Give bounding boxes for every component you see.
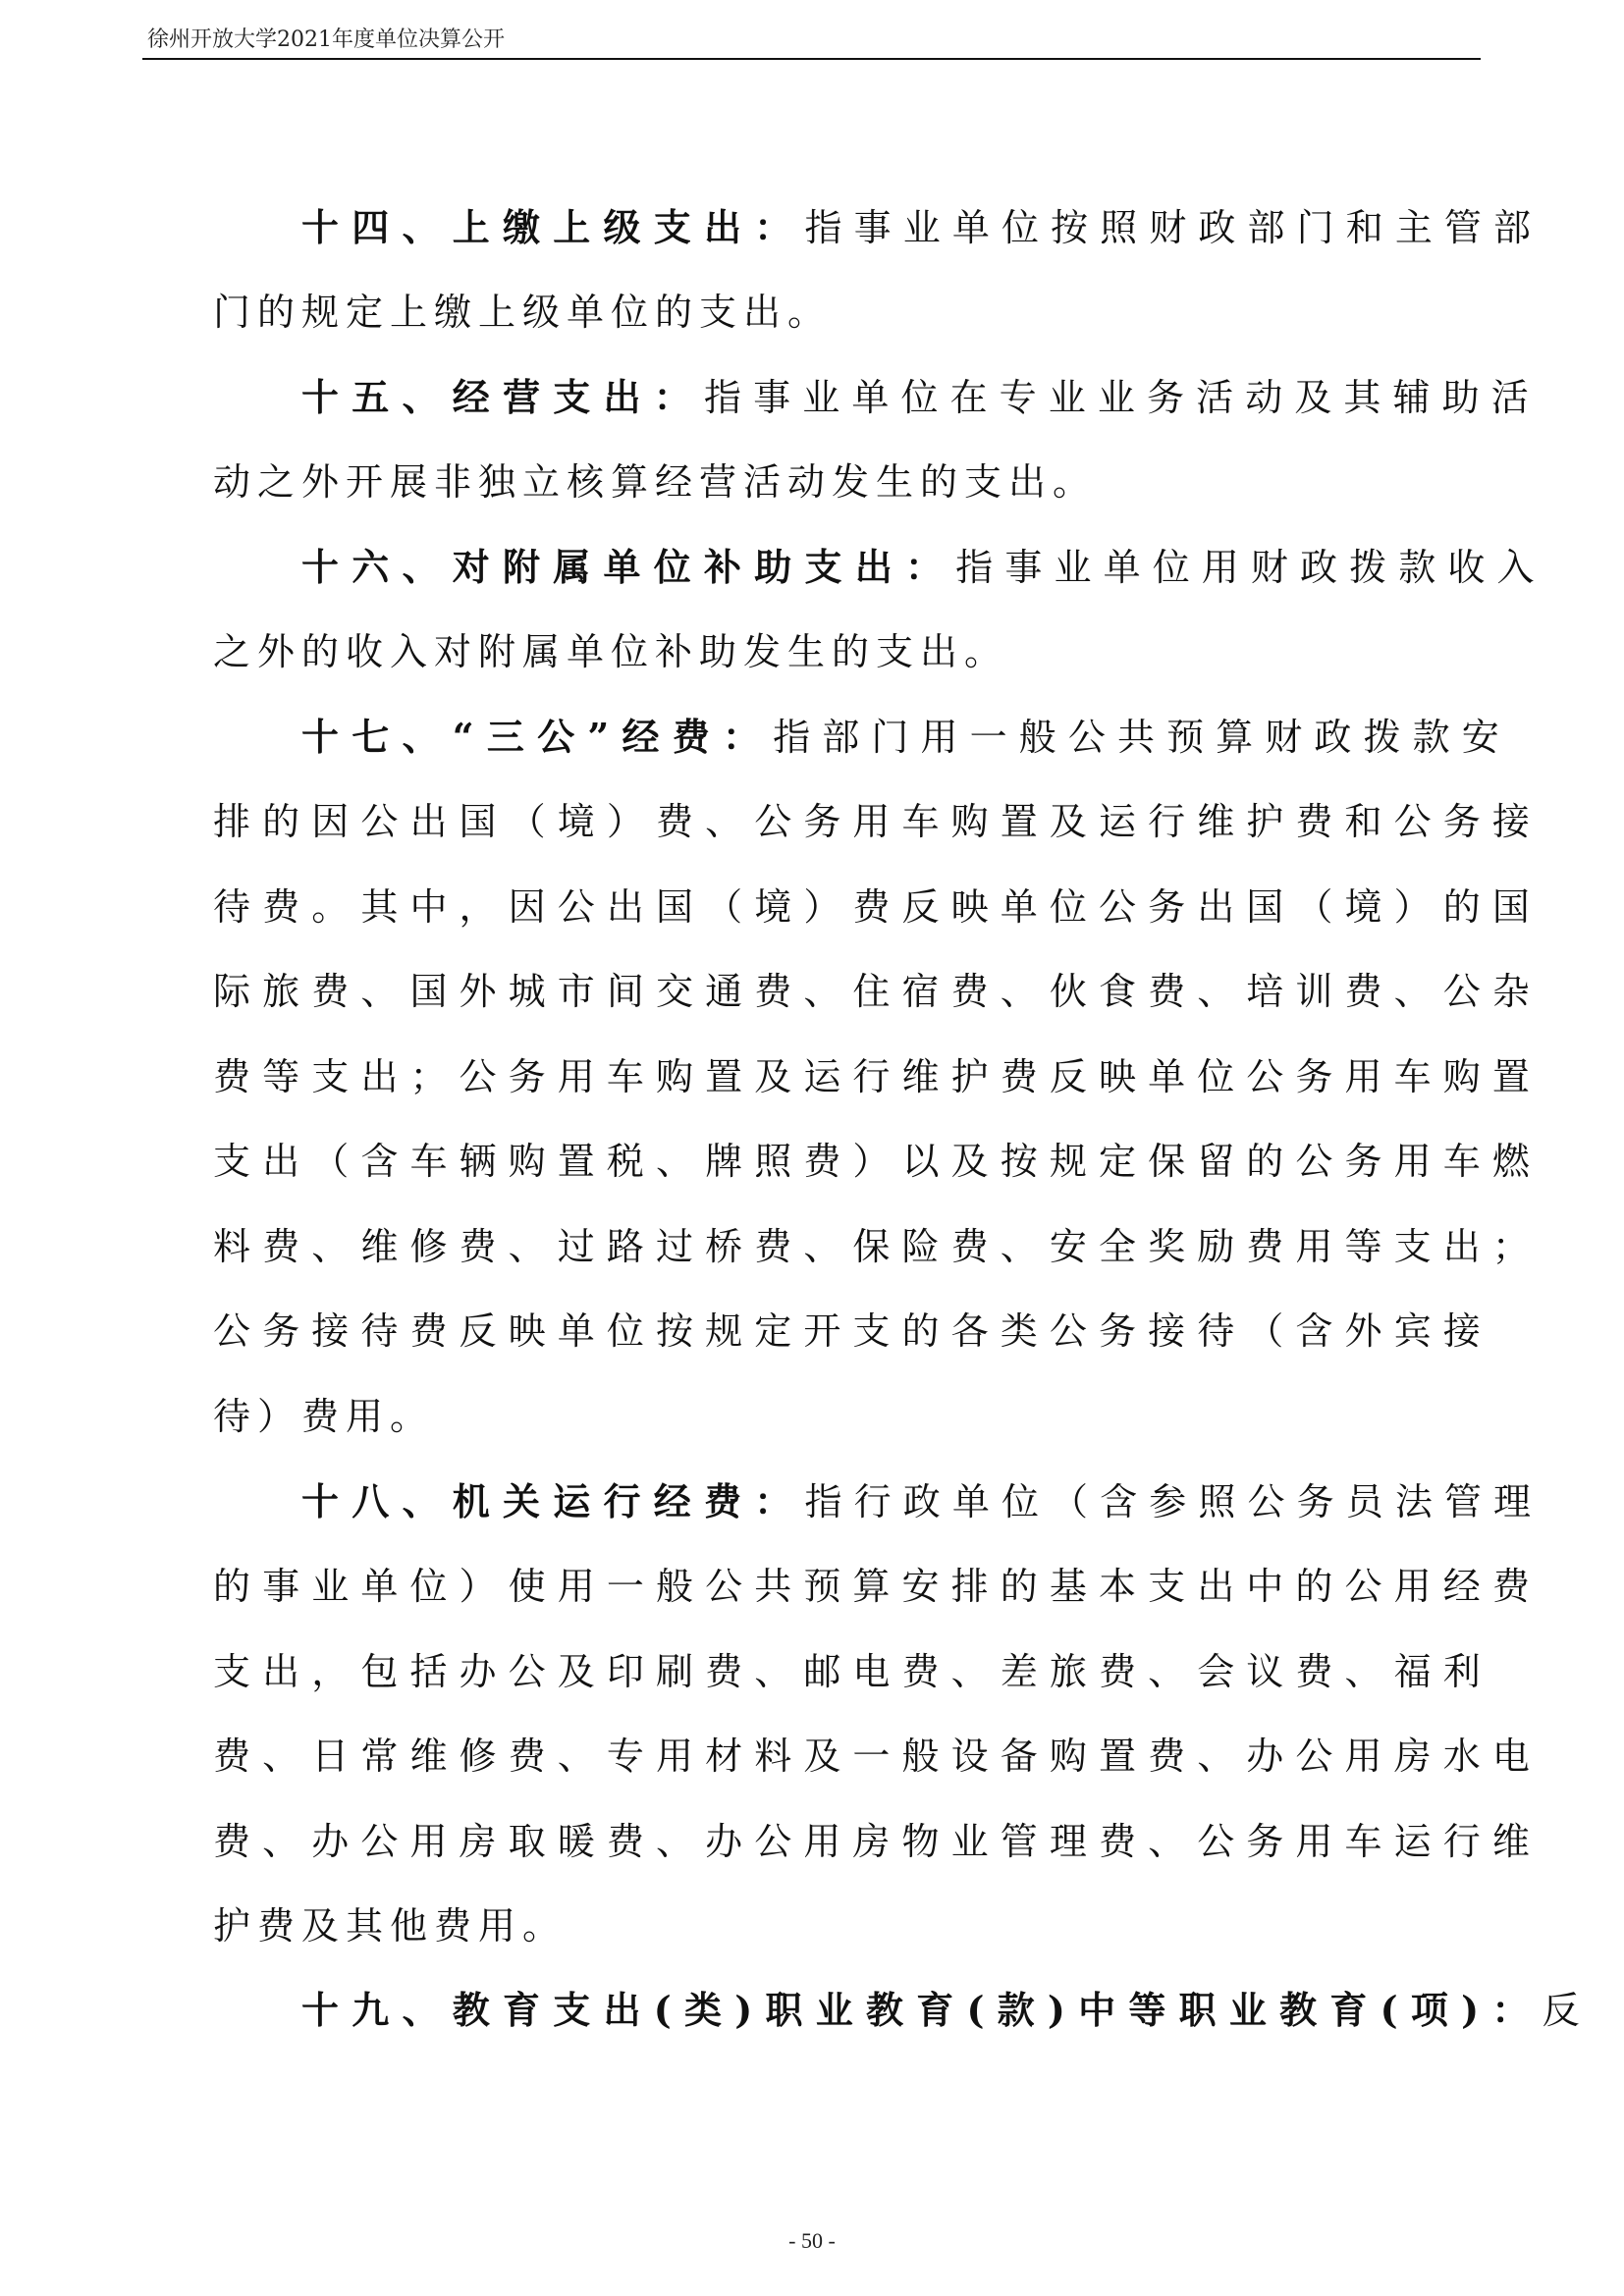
definition-text: 指 事 业 单 位 用 财 政 拨 款 收 入 — [955, 546, 1534, 589]
definition-text: 门的规定上缴上级单位的支出。 — [213, 291, 832, 334]
paragraph-17-line-7: 料 费 、 维 修 费 、 过 路 过 桥 费 、 保 险 费 、 安 全 奖 … — [213, 1217, 1411, 1276]
paragraph-17-line-6: 支 出 （ 含 车 辆 购 置 税 、 牌 照 费 ） 以 及 按 规 定 保 … — [213, 1132, 1411, 1191]
definition-text: 指 事 业 单 位 在 专 业 业 务 活 动 及 其 辅 助 活 — [704, 376, 1529, 419]
term-heading: 十 九 、 教 育 支 出 ( 类 ) 职 业 教 育 ( 款 ) 中 等 职 … — [301, 1988, 1543, 2032]
term-heading: 十 四 、 上 缴 上 级 支 出 ： — [301, 205, 805, 249]
running-header: 徐州开放大学2021年度单位决算公开 — [147, 26, 505, 55]
paragraph-15-line-2: 动之外开展非独立核算经营活动发生的支出。 — [213, 453, 1411, 511]
paragraph-18-line-2: 的 事 业 单 位 ） 使 用 一 般 公 共 预 算 安 排 的 基 本 支 … — [213, 1557, 1411, 1616]
definition-text: 支 出 （ 含 车 辆 购 置 税 、 牌 照 费 ） 以 及 按 规 定 保 … — [213, 1140, 1530, 1183]
term-heading: 十 六 、 对 附 属 单 位 补 助 支 出 ： — [301, 545, 955, 589]
header-rule — [142, 58, 1481, 60]
document-page: 徐州开放大学2021年度单位决算公开 十 四 、 上 缴 上 级 支 出 ： 指… — [0, 0, 1624, 2296]
definition-text: 动之外开展非独立核算经营活动发生的支出。 — [213, 460, 1097, 504]
paragraph-15-line-1: 十 五 、 经 营 支 出 ： 指 事 业 单 位 在 专 业 业 务 活 动 … — [301, 368, 1411, 427]
definition-text: 际 旅 费 、 国 外 城 市 间 交 通 费 、 住 宿 费 、 伙 食 费 … — [213, 970, 1530, 1013]
term-heading: 十 五 、 经 营 支 出 ： — [301, 375, 704, 419]
paragraph-16-line-1: 十 六 、 对 附 属 单 位 补 助 支 出 ： 指 事 业 单 位 用 财 … — [301, 538, 1411, 597]
paragraph-18-line-4: 费 、 日 常 维 修 费 、 专 用 材 料 及 一 般 设 备 购 置 费 … — [213, 1727, 1411, 1786]
definition-text: 指 行 政 单 位 （ 含 参 照 公 务 员 法 管 理 — [805, 1480, 1532, 1523]
definition-text: 反 — [1543, 1989, 1580, 2032]
definition-text: 费 、 日 常 维 修 费 、 专 用 材 料 及 一 般 设 备 购 置 费 … — [213, 1735, 1530, 1778]
definition-text: 之外的收入对附属单位补助发生的支出。 — [213, 630, 1008, 673]
term-heading: 十 八 、 机 关 运 行 经 费 ： — [301, 1479, 805, 1523]
paragraph-17-line-3: 待 费 。 其 中 ， 因 公 出 国 （ 境 ） 费 反 映 单 位 公 务 … — [213, 878, 1411, 936]
definition-text: 护费及其他费用。 — [213, 1904, 567, 1948]
definition-text: 待）费用。 — [213, 1395, 434, 1438]
definition-text: 费 等 支 出 ； 公 务 用 车 购 置 及 运 行 维 护 费 反 映 单 … — [213, 1055, 1530, 1098]
paragraph-17-line-5: 费 等 支 出 ； 公 务 用 车 购 置 及 运 行 维 护 费 反 映 单 … — [213, 1047, 1411, 1106]
paragraph-17-line-8: 公 务 接 待 费 反 映 单 位 按 规 定 开 支 的 各 类 公 务 接 … — [213, 1302, 1411, 1361]
paragraph-16-line-2: 之外的收入对附属单位补助发生的支出。 — [213, 622, 1411, 681]
definition-text: 指 事 业 单 位 按 照 财 政 部 门 和 主 管 部 — [805, 206, 1532, 249]
definition-text: 公 务 接 待 费 反 映 单 位 按 规 定 开 支 的 各 类 公 务 接 … — [213, 1309, 1481, 1353]
paragraph-18-line-5: 费 、 办 公 用 房 取 暖 费 、 办 公 用 房 物 业 管 理 费 、 … — [213, 1812, 1411, 1871]
page-number: - 50 - — [0, 2226, 1624, 2256]
paragraph-17-line-1: 十 七 、 “ 三 公 ” 经 费 ： 指 部 门 用 一 般 公 共 预 算 … — [301, 708, 1411, 767]
paragraph-17-line-4: 际 旅 费 、 国 外 城 市 间 交 通 费 、 住 宿 费 、 伙 食 费 … — [213, 962, 1411, 1021]
paragraph-18-line-6: 护费及其他费用。 — [213, 1896, 1411, 1955]
definition-text: 待 费 。 其 中 ， 因 公 出 国 （ 境 ） 费 反 映 单 位 公 务 … — [213, 885, 1530, 929]
definition-text: 料 费 、 维 修 费 、 过 路 过 桥 费 、 保 险 费 、 安 全 奖 … — [213, 1225, 1530, 1268]
term-heading: 十 七 、 “ 三 公 ” 经 费 ： — [301, 715, 773, 759]
paragraph-17-line-9: 待）费用。 — [213, 1387, 1411, 1446]
definition-text: 支 出 ， 包 括 办 公 及 印 刷 费 、 邮 电 费 、 差 旅 费 、 … — [213, 1650, 1481, 1693]
paragraph-14-line-1: 十 四 、 上 缴 上 级 支 出 ： 指 事 业 单 位 按 照 财 政 部 … — [301, 198, 1411, 257]
paragraph-18-line-1: 十 八 、 机 关 运 行 经 费 ： 指 行 政 单 位 （ 含 参 照 公 … — [301, 1472, 1411, 1531]
paragraph-17-line-2: 排 的 因 公 出 国 （ 境 ） 费 、 公 务 用 车 购 置 及 运 行 … — [213, 792, 1411, 851]
definition-text: 指 部 门 用 一 般 公 共 预 算 财 政 拨 款 安 — [773, 716, 1499, 759]
paragraph-18-line-3: 支 出 ， 包 括 办 公 及 印 刷 费 、 邮 电 费 、 差 旅 费 、 … — [213, 1642, 1411, 1701]
definition-text: 排 的 因 公 出 国 （ 境 ） 费 、 公 务 用 车 购 置 及 运 行 … — [213, 800, 1530, 843]
definition-text: 的 事 业 单 位 ） 使 用 一 般 公 共 预 算 安 排 的 基 本 支 … — [213, 1565, 1530, 1608]
paragraph-14-line-2: 门的规定上缴上级单位的支出。 — [213, 283, 1411, 342]
definition-text: 费 、 办 公 用 房 取 暖 费 、 办 公 用 房 物 业 管 理 费 、 … — [213, 1820, 1530, 1863]
paragraph-19-line-1: 十 九 、 教 育 支 出 ( 类 ) 职 业 教 育 ( 款 ) 中 等 职 … — [301, 1981, 1411, 2040]
